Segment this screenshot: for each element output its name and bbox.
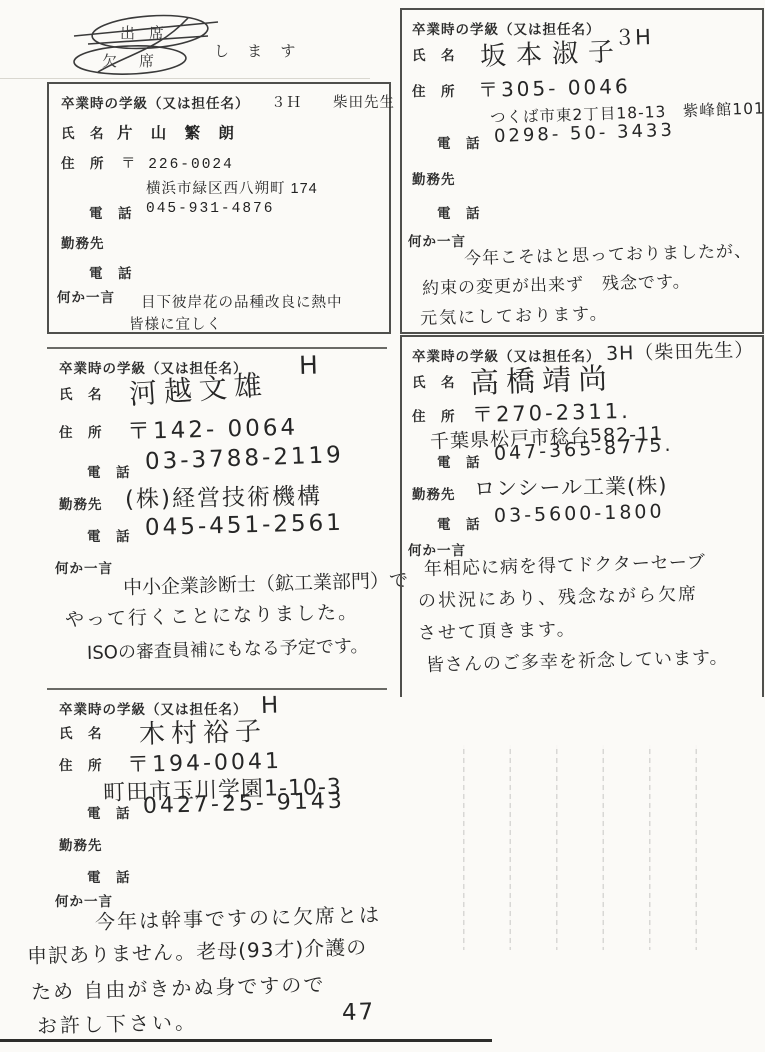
field-value-class: H [299,351,319,380]
comment-line: の状況にあり、残念ながら欠席 [418,580,699,613]
entry-card-left-2: 卒業時の学級（又は担任名） H 氏 名 河越文雄 住 所 〒142- 0064 … [47,347,387,681]
field-label-name: 氏 名 [61,122,105,142]
comment-line: 皆様に宜しく [129,313,222,334]
field-label-name: 氏 名 [412,371,456,391]
attendance-option-attend: 出席 [120,25,178,42]
comment-line: 申訳ありません。老母(93才)介護の [27,931,368,969]
attendance-option-absent: 欠席 [102,53,176,70]
bleed-through-grid [418,745,698,950]
field-label-workplace: 勤務先 [412,483,456,503]
field-value-phone: 0427-25- 9143 [143,789,345,819]
field-value-work-phone: 045-451-2561 [145,510,345,541]
entry-card-right-1: 卒業時の学級（又は担任名） ３H 氏 名 坂本淑子 住 所 〒305- 0046… [400,8,764,334]
comment-line: 元気にしております。 [420,299,609,329]
field-value-phone: 03-3788-2119 [145,442,345,475]
field-value-class: ３Ｈ 柴田先生 [271,91,395,112]
field-value-postal: 〒142- 0064 [127,409,299,446]
scanned-page: { "colors": { "paper": "#fbfaf7", "ink":… [0,0,765,1052]
field-label-name: 氏 名 [59,722,103,742]
comment-line: 今年は幹事ですのに欠席とは [95,899,382,935]
field-label-class: 卒業時の学級（又は担任名） [61,92,250,112]
field-value-postal: 〒305- 0046 [478,70,631,103]
field-value-workplace: ロンシール工業(株) [474,470,668,503]
field-label-comment: 何か一言 [55,557,113,577]
field-label-address: 住 所 [412,405,456,425]
field-label-phone: 電 話 [87,461,131,481]
field-value-postal: 〒 226-0024 [121,152,234,173]
page-number: 47 [342,999,376,1026]
entry-card-right-2: 卒業時の学級（又は担任名） 3H（柴田先生） 氏 名 高橋靖尚 住 所 〒270… [400,335,764,697]
field-value-class: 3H（柴田先生） [606,335,755,366]
comment-line: させて頂きます。 [418,615,577,645]
field-value-address2: 横浜市緑区西八朔町 174 [146,177,318,198]
field-label-work-phone: 電 話 [437,513,481,533]
field-label-phone: 電 話 [87,802,131,822]
field-label-workplace: 勤務先 [412,168,456,188]
field-value-name: 坂本淑子 [479,31,624,73]
field-value-phone: 045-931-4876 [146,201,274,217]
field-label-name: 氏 名 [412,44,456,64]
field-label-work-phone: 電 話 [89,262,133,282]
comment-line: やって行くことになりました。 [65,597,360,632]
scan-artifact-line [0,78,370,79]
field-label-comment: 何か一言 [408,230,466,250]
attendance-mark: 出席 欠席 [68,10,228,82]
comment-line: お許し下さい。 [37,1006,199,1039]
field-label-comment: 何か一言 [57,286,115,306]
attendance-suffix: し ま す [214,40,302,61]
field-label-phone: 電 話 [437,451,481,471]
field-label-phone: 電 話 [437,132,481,152]
field-value-workplace: (株)経営技術機構 [125,478,322,514]
comment-line: 中小企業診断士（鉱工業部門）で [123,566,409,600]
field-label-workplace: 勤務先 [61,232,105,252]
field-label-address: 住 所 [59,754,103,774]
entry-card-left-3: 卒業時の学級（又は担任名） H 氏 名 木村裕子 住 所 〒194-0041 町… [47,688,387,1022]
scan-edge-line [0,1039,492,1042]
field-label-phone: 電 話 [89,202,133,222]
field-value-work-phone: 03-5600-1800 [494,501,665,527]
field-value-name: 河越文雄 [128,363,270,413]
comment-line: 皆さんのご多幸を祈念しています。 [426,643,729,677]
comment-line: ため 自由がきかぬ身ですので [31,968,326,1005]
field-value-name: 片 山 繁 朗 [117,121,241,143]
comment-line: 約束の変更が出来ず 残念です。 [422,267,691,299]
field-label-name: 氏 名 [59,383,103,403]
field-label-address: 住 所 [412,80,456,100]
field-label-workplace: 勤務先 [59,834,103,854]
entry-card-left-1: 卒業時の学級（又は担任名） ３Ｈ 柴田先生 氏 名 片 山 繁 朗 住 所 〒 … [47,82,391,334]
field-label-work-phone: 電 話 [87,866,131,886]
comment-line: ISOの審査員補にもなる予定です。 [87,632,369,665]
field-label-work-phone: 電 話 [87,525,131,545]
field-label-workplace: 勤務先 [59,493,103,513]
field-label-address: 住 所 [59,421,103,441]
comment-line: 今年こそはと思っておりましたが、 [464,236,753,269]
comment-line: 年相応に病を得てドクターセーブ [424,548,707,581]
comment-line: 目下彼岸花の品種改良に熱中 [141,291,343,312]
field-label-work-phone: 電 話 [437,202,481,222]
field-label-address: 住 所 [61,152,105,172]
